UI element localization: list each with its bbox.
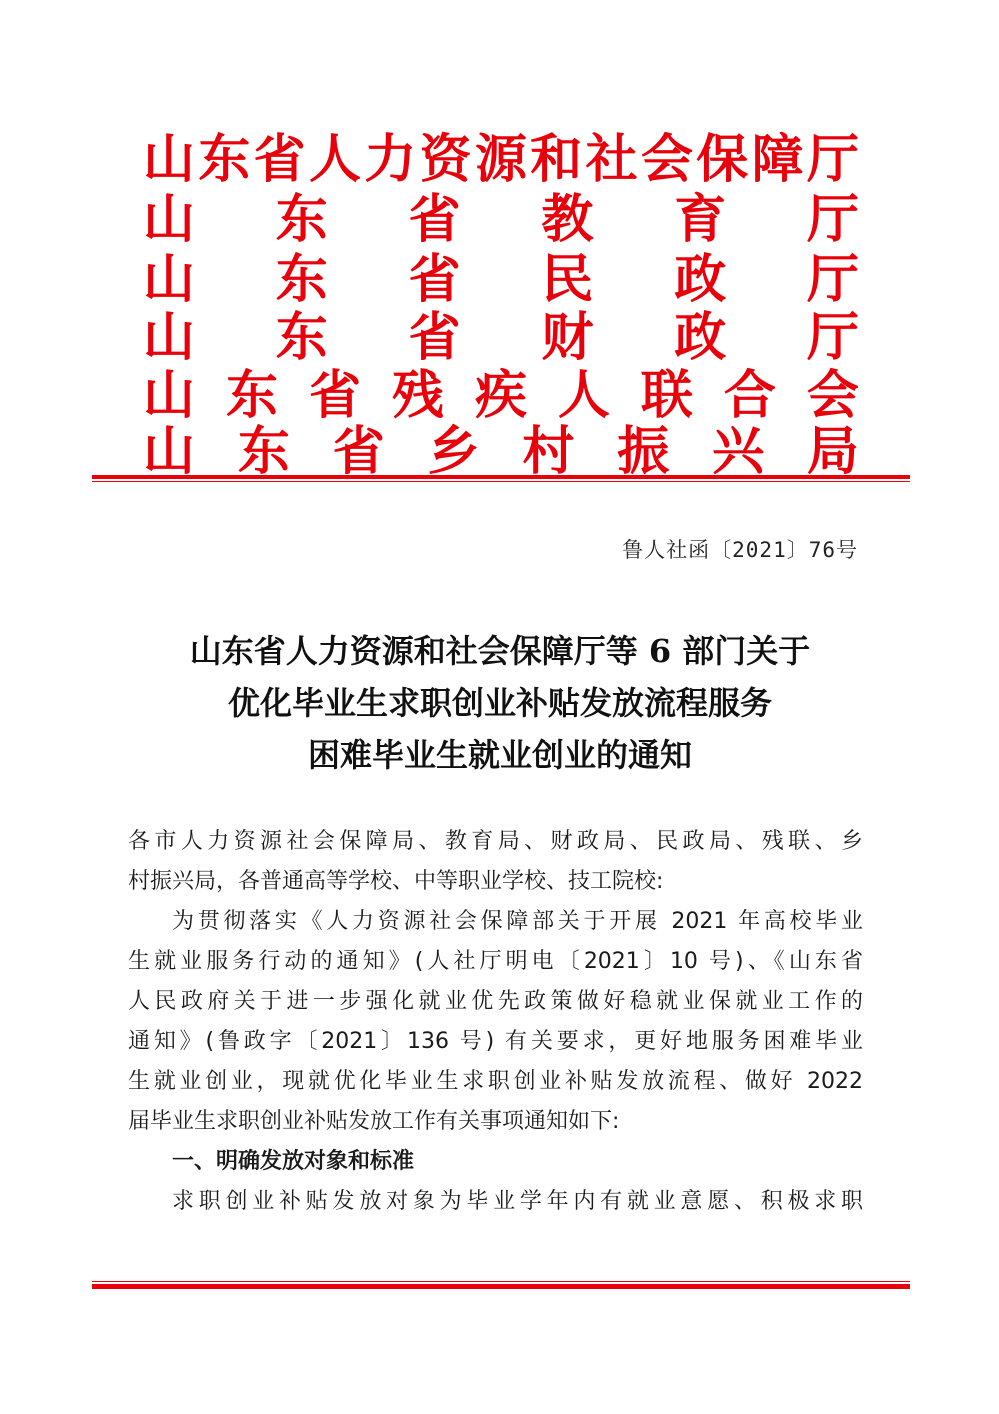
section-paragraph-line: 求职创业补贴发放对象为毕业学年内有就业意愿、积极求职 (128, 1182, 863, 1222)
letterhead-char: 省 (309, 366, 361, 426)
letterhead-row-3: 山 东 省 民 政 厅 (143, 250, 859, 310)
letterhead-char: 会 (807, 366, 859, 426)
section-heading: 一、明确发放对象和标准 (128, 1142, 863, 1182)
letterhead-char: 省 (333, 422, 385, 482)
letterhead-char: 教 (541, 190, 593, 250)
letterhead-char: 人 (309, 130, 361, 190)
letterhead-char: 东 (198, 130, 250, 190)
letterhead-char: 保 (696, 130, 748, 190)
letterhead-char: 厅 (807, 308, 859, 368)
letterhead-char: 省 (409, 190, 461, 250)
header-rule-thick (92, 475, 910, 479)
letterhead-char: 东 (226, 366, 278, 426)
paragraph-line: 生就业创业，现就优化毕业生求职创业补贴发放流程、做好 2022 (128, 1062, 863, 1102)
letterhead-char: 东 (276, 190, 328, 250)
addressee-line: 各市人力资源社会保障局、教育局、财政局、民政局、残联、乡 (128, 822, 863, 862)
title-line: 优化毕业生求职创业补贴发放流程服务 (100, 677, 900, 729)
letterhead-char: 人 (558, 366, 610, 426)
letterhead-char: 民 (541, 250, 593, 310)
letterhead-row-4: 山 东 省 财 政 厅 (143, 308, 859, 368)
footer-rule-thick (92, 1284, 910, 1289)
letterhead-char: 局 (807, 422, 859, 482)
document-body: 各市人力资源社会保障局、教育局、财政局、民政局、残联、乡 村振兴局，各普通高等学… (128, 822, 863, 1222)
letterhead-row-6: 山 东 省 乡 村 振 兴 局 (143, 422, 859, 482)
letterhead-char: 厅 (807, 190, 859, 250)
letterhead-char: 资 (420, 130, 472, 190)
letterhead-char: 山 (143, 190, 195, 250)
title-line: 困难毕业生就业创业的通知 (100, 729, 900, 781)
letterhead-char: 乡 (428, 422, 480, 482)
letterhead-char: 力 (364, 130, 416, 190)
letterhead-char: 厅 (807, 130, 859, 190)
header-rule-thin (92, 481, 910, 482)
footer-rule-thin (92, 1281, 910, 1282)
paragraph-line: 通知》(鲁政字〔2021〕136 号) 有关要求，更好地服务困难毕业 (128, 1022, 863, 1062)
letterhead-row-1: 山 东 省 人 力 资 源 和 社 会 保 障 厅 (143, 130, 859, 190)
letterhead-row-2: 山 东 省 教 育 厅 (143, 190, 859, 250)
letterhead-char: 省 (409, 250, 461, 310)
letterhead-char: 联 (641, 366, 693, 426)
letterhead-char: 障 (752, 130, 804, 190)
letterhead-char: 省 (254, 130, 306, 190)
title-line: 山东省人力资源和社会保障厅等 6 部门关于 (100, 625, 900, 677)
letterhead-char: 合 (724, 366, 776, 426)
letterhead-row-5: 山 东 省 残 疾 人 联 合 会 (143, 366, 859, 426)
paragraph-line: 届毕业生求职创业补贴发放工作有关事项通知如下: (128, 1102, 863, 1142)
letterhead-char: 东 (276, 250, 328, 310)
letterhead-char: 兴 (712, 422, 764, 482)
letterhead-char: 和 (530, 130, 582, 190)
letterhead-char: 山 (143, 130, 195, 190)
letterhead-char: 疾 (475, 366, 527, 426)
letterhead-char: 山 (143, 366, 195, 426)
document-title: 山东省人力资源和社会保障厅等 6 部门关于 优化毕业生求职创业补贴发放流程服务 … (100, 625, 900, 781)
letterhead-char: 山 (143, 422, 195, 482)
letterhead-char: 山 (143, 308, 195, 368)
paragraph-line: 人民政府关于进一步强化就业优先政策做好稳就业保就业工作的 (128, 982, 863, 1022)
letterhead-char: 社 (586, 130, 638, 190)
letterhead-char: 村 (522, 422, 574, 482)
addressee-line: 村振兴局，各普通高等学校、中等职业学校、技工院校: (128, 862, 863, 902)
letterhead-char: 政 (674, 250, 726, 310)
letterhead-char: 源 (475, 130, 527, 190)
paragraph-line: 生就业服务行动的通知》(人社厅明电〔2021〕10 号)、《山东省 (128, 942, 863, 982)
letterhead-char: 会 (641, 130, 693, 190)
letterhead-char: 东 (238, 422, 290, 482)
letterhead-char: 振 (617, 422, 669, 482)
paragraph-line: 为贯彻落实《人力资源社会保障部关于开展 2021 年高校毕业 (128, 902, 863, 942)
letterhead-char: 省 (409, 308, 461, 368)
letterhead-char: 东 (276, 308, 328, 368)
letterhead-char: 山 (143, 250, 195, 310)
letterhead-char: 育 (674, 190, 726, 250)
letterhead-char: 财 (541, 308, 593, 368)
letterhead-char: 厅 (807, 250, 859, 310)
document-number: 鲁人社函〔2021〕76号 (622, 534, 858, 564)
letterhead-char: 政 (674, 308, 726, 368)
letterhead-char: 残 (392, 366, 444, 426)
